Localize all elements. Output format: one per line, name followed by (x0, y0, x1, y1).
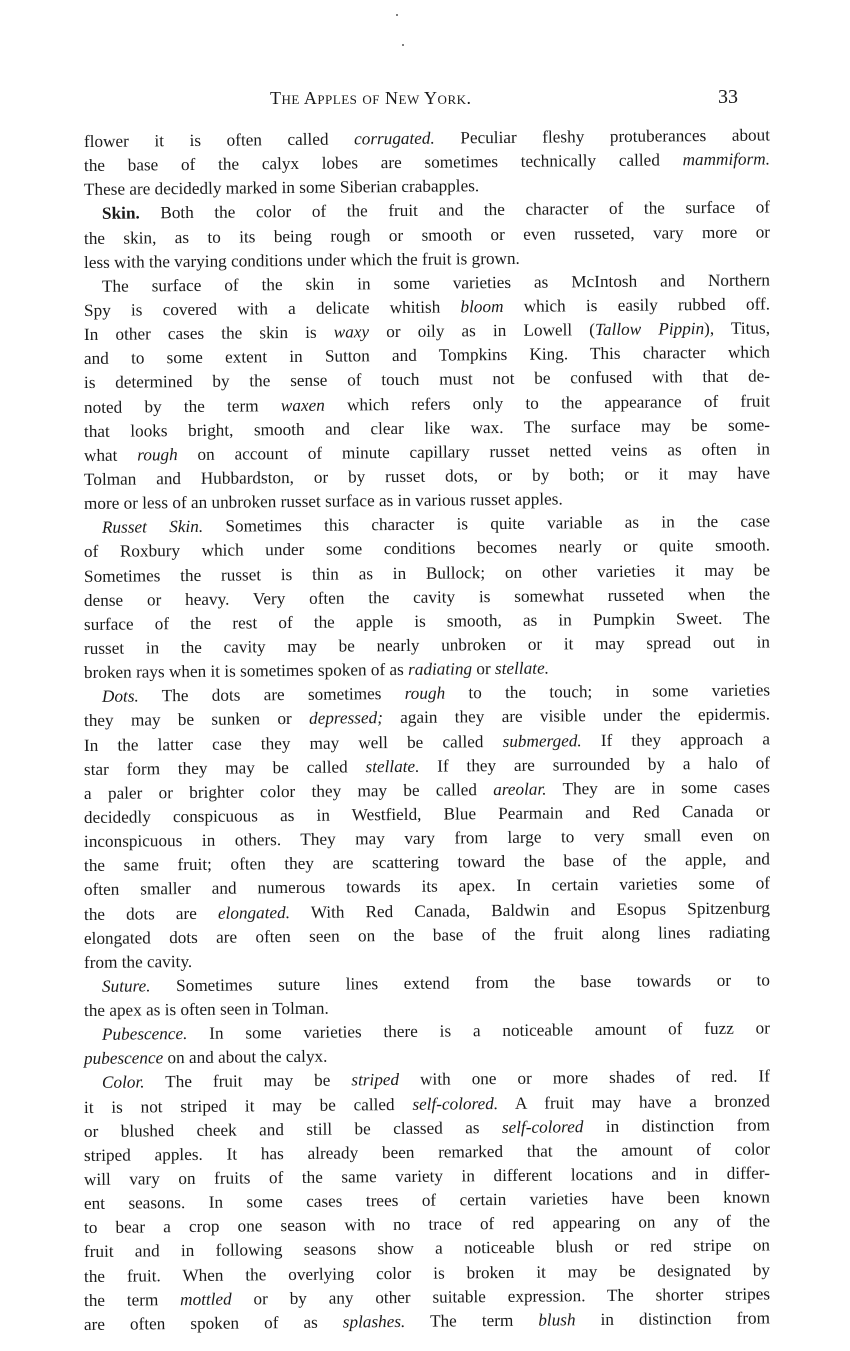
text-run: which is easily rubbed off. (503, 294, 770, 316)
italic-term: Color. (102, 1073, 145, 1092)
text-run: to the touch; in some varieties (445, 681, 770, 703)
text-run: or blushed cheek and still be classed as (84, 1118, 502, 1141)
text-run: The term (405, 1311, 538, 1331)
text-run: is determined by the sense of touch must… (84, 367, 770, 393)
italic-term: striped (351, 1070, 399, 1089)
text-run: The dots are sometimes (139, 684, 405, 706)
text-run: or oily as in Lowell ( (369, 320, 595, 341)
text-run: striped apples. It has already been rema… (84, 1139, 770, 1165)
text-run: on and about the calyx. (163, 1047, 327, 1068)
text-run: often smaller and numerous towards its a… (84, 874, 770, 900)
italic-term: corrugated. (354, 129, 435, 149)
text-run: Sometimes the russet is thin as in Bullo… (84, 560, 770, 586)
text-run: decidedly conspicuous as in Westfield, B… (84, 801, 770, 827)
running-title: The Apples of New York. (270, 88, 472, 109)
italic-term: waxy (334, 322, 370, 341)
page-header: The Apples of New York. 33 (0, 88, 850, 112)
italic-term: Suture. (102, 976, 151, 995)
italic-term: Russet Skin. (102, 517, 203, 537)
text-run: ), Titus, (704, 319, 770, 339)
text-run: If they are surrounded by a halo of (419, 753, 770, 775)
text-run: inconspicuous in others. They may vary f… (84, 825, 770, 851)
text-run: Sometimes suture lines extend from the b… (150, 970, 770, 995)
text-run: in distinction from (583, 1115, 770, 1136)
text-run: The surface of the skin in some varietie… (102, 270, 770, 295)
text-run: These are decidedly marked in some Siber… (84, 176, 479, 199)
text-run: dense or heavy. Very often the cavity is… (84, 584, 770, 610)
text-run: elongated dots are often seen on the bas… (84, 922, 770, 948)
text-run: In the latter case they may well be call… (84, 731, 503, 754)
italic-term: Dots. (102, 687, 139, 706)
text-run: the skin, as to its being rough or smoot… (84, 222, 770, 248)
text-run: noted by the term (84, 396, 281, 417)
text-run: Both the color of the fruit and the char… (140, 198, 770, 223)
italic-term: submerged. (503, 731, 582, 751)
text-run: they may be sunken or (84, 709, 309, 730)
italic-term: rough (137, 445, 178, 464)
text-run: In some varieties there is a noticeable … (187, 1019, 770, 1044)
italic-term: blush (538, 1310, 575, 1329)
text-run: russet in the cavity may be nearly unbro… (84, 632, 770, 658)
italic-term: radiating (408, 659, 472, 679)
text-run: The fruit may be (144, 1071, 351, 1092)
text-run: Spy is covered with a delicate whitish (84, 297, 461, 320)
italic-term: pubescence (84, 1049, 163, 1069)
text-run: from the cavity. (84, 952, 192, 972)
italic-term: mottled (180, 1289, 232, 1308)
text-run: will vary on fruits of the same variety … (84, 1163, 770, 1189)
text-run: the base of the calyx lobes are sometime… (84, 150, 683, 175)
text-run: in distinction from (575, 1308, 770, 1329)
italic-term: self-colored. (412, 1094, 498, 1114)
text-run: broken rays when it is sometimes spoken … (84, 660, 408, 682)
text-run: again they are visible under the epiderm… (383, 705, 770, 728)
text-run: A fruit may have a bronzed (498, 1091, 770, 1113)
text-run: with one or more shades of red. If (399, 1067, 770, 1090)
text-run: fruit and in following seasons show a no… (84, 1236, 770, 1262)
text-run: the dots are (84, 903, 218, 923)
italic-term: Pubescence. (102, 1024, 188, 1044)
text-run: or (472, 659, 495, 678)
text-run: what (84, 445, 137, 465)
text-run: the fruit. When the overlying color is b… (84, 1260, 770, 1286)
text-run: star form they may be called (84, 757, 366, 779)
text-run: are often spoken of as (84, 1312, 343, 1333)
text-run: If they approach a (582, 729, 770, 750)
text-run: surface of the rest of the apple is smoo… (84, 608, 770, 634)
scan-speck (402, 44, 404, 46)
text-run: or by any other suitable expression. The… (232, 1284, 770, 1308)
text-run: Sometimes this character is quite variab… (203, 512, 770, 536)
bold-heading: Skin. (102, 204, 140, 223)
italic-term: mammiform. (683, 150, 771, 170)
italic-term: elongated. (218, 903, 290, 923)
text-run: of Roxbury which under some conditions b… (84, 536, 770, 562)
italic-term: stellate. (495, 659, 549, 679)
italic-term: bloom (460, 297, 503, 316)
text-run: that looks bright, smooth and clear like… (84, 415, 770, 441)
text-run: Tolman and Hubbardston, or by russet dot… (84, 463, 770, 489)
text-run: it is not striped it may be called (84, 1094, 413, 1116)
italic-term: rough (405, 684, 446, 703)
scan-speck (396, 14, 398, 16)
text-run: the apex as is often seen in Tolman. (84, 999, 329, 1020)
italic-term: self-colored (502, 1117, 584, 1137)
text-run: Peculiar fleshy protuberances about (435, 125, 770, 147)
text-run: ent seasons. In some cases trees of cert… (84, 1188, 770, 1214)
text-run: on account of minute capillary russet ne… (178, 439, 770, 464)
text-run: more or less of an unbroken russet surfa… (84, 490, 563, 514)
text-run: In other cases the skin is (84, 323, 334, 344)
page-number: 33 (718, 86, 738, 109)
text-run: which refers only to the appearance of f… (325, 391, 770, 414)
italic-term: Tallow Pippin (595, 319, 704, 339)
body-text: flower it is often called corrugated. Pe… (84, 130, 770, 1337)
text-run: flower it is often called (84, 129, 354, 151)
italic-term: stellate. (365, 756, 419, 776)
text-run: the same fruit; often they are scatterin… (84, 850, 770, 876)
text-run: the term (84, 1290, 180, 1310)
text-run: less with the varying conditions under w… (84, 249, 520, 272)
italic-term: splashes. (343, 1312, 406, 1332)
italic-term: waxen (281, 395, 325, 414)
italic-term: areolar. (493, 779, 547, 799)
text-run: With Red Canada, Baldwin and Esopus Spit… (290, 898, 770, 922)
italic-term: depressed; (309, 709, 383, 729)
text-run: a paler or brighter color they may be ca… (84, 780, 493, 803)
text-run: They are in some cases (546, 777, 770, 798)
